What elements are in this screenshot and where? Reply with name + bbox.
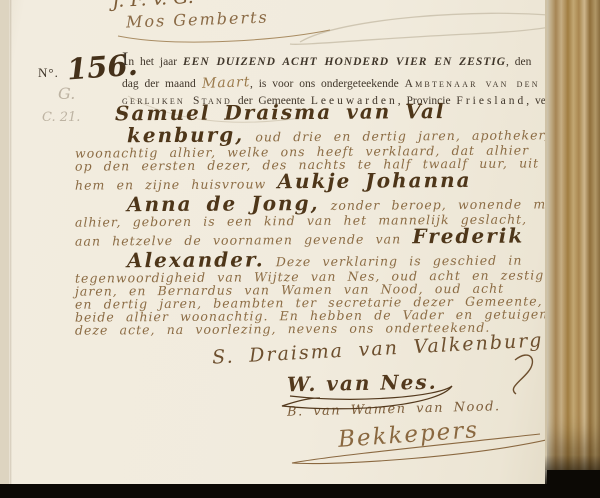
body-script: zonder beroep, wonende mede	[319, 196, 547, 213]
act-number-label: N°.	[38, 65, 59, 80]
handwritten-month: Maart	[201, 74, 250, 92]
book-page-edges	[545, 0, 600, 470]
book-photo: J. F. v. G. Mos Gemberts G. C. 21. N°. 1…	[0, 0, 600, 498]
intro-line-2: dag der maand Maart, is voor ons onderge…	[122, 75, 546, 91]
pencil-mark-g: G.	[58, 84, 75, 103]
intro-text: In het jaar	[122, 56, 183, 68]
name-script: Aukje Johanna	[277, 168, 471, 193]
act-body: Samuel Draisma van Valkenburg, oud drie …	[75, 102, 547, 335]
name-script: kenburg,	[127, 122, 244, 147]
witness1-signature: W. van Nes.	[287, 370, 438, 397]
page-left-edge	[0, 0, 9, 484]
intro-text: dag der maand	[122, 78, 202, 90]
intro-year: EEN DUIZEND ACHT HONDERD VIER EN ZESTIG	[183, 56, 506, 68]
intro-official-title: Ambtenaar van den Bur-	[405, 78, 547, 90]
name-script: Anna de Jong,	[127, 190, 320, 215]
book-edge-shadow	[545, 455, 600, 485]
cutoff-signature: Mos Gemberts	[126, 8, 269, 32]
name-script: Samuel Draisma van Val	[115, 99, 446, 125]
act-line: Samuel Draisma van Val	[75, 100, 547, 125]
intro-text: , is voor ons ondergeteekende	[250, 78, 405, 90]
name-script: Frederik	[412, 224, 524, 249]
body-script: hem en zijne huisvrouw	[75, 176, 277, 192]
name-script: Alexander.	[127, 247, 265, 272]
body-script: Deze verklaring is geschied in	[265, 252, 523, 269]
register-page: J. F. v. G. Mos Gemberts G. C. 21. N°. 1…	[0, 0, 547, 484]
registrar-signature: Bekkepers	[337, 417, 480, 453]
body-script: oud drie en dertig jaren, apotheker,	[244, 127, 547, 144]
body-script: aan hetzelve de voornamen gevende van	[75, 231, 412, 248]
intro-line-1: In het jaar EEN DUIZEND ACHT HONDERD VIE…	[122, 49, 546, 71]
page-crease	[9, 0, 12, 484]
act-line: aan hetzelve de voornamen gevende van Fr…	[75, 225, 547, 250]
intro-text: , den	[506, 56, 531, 68]
